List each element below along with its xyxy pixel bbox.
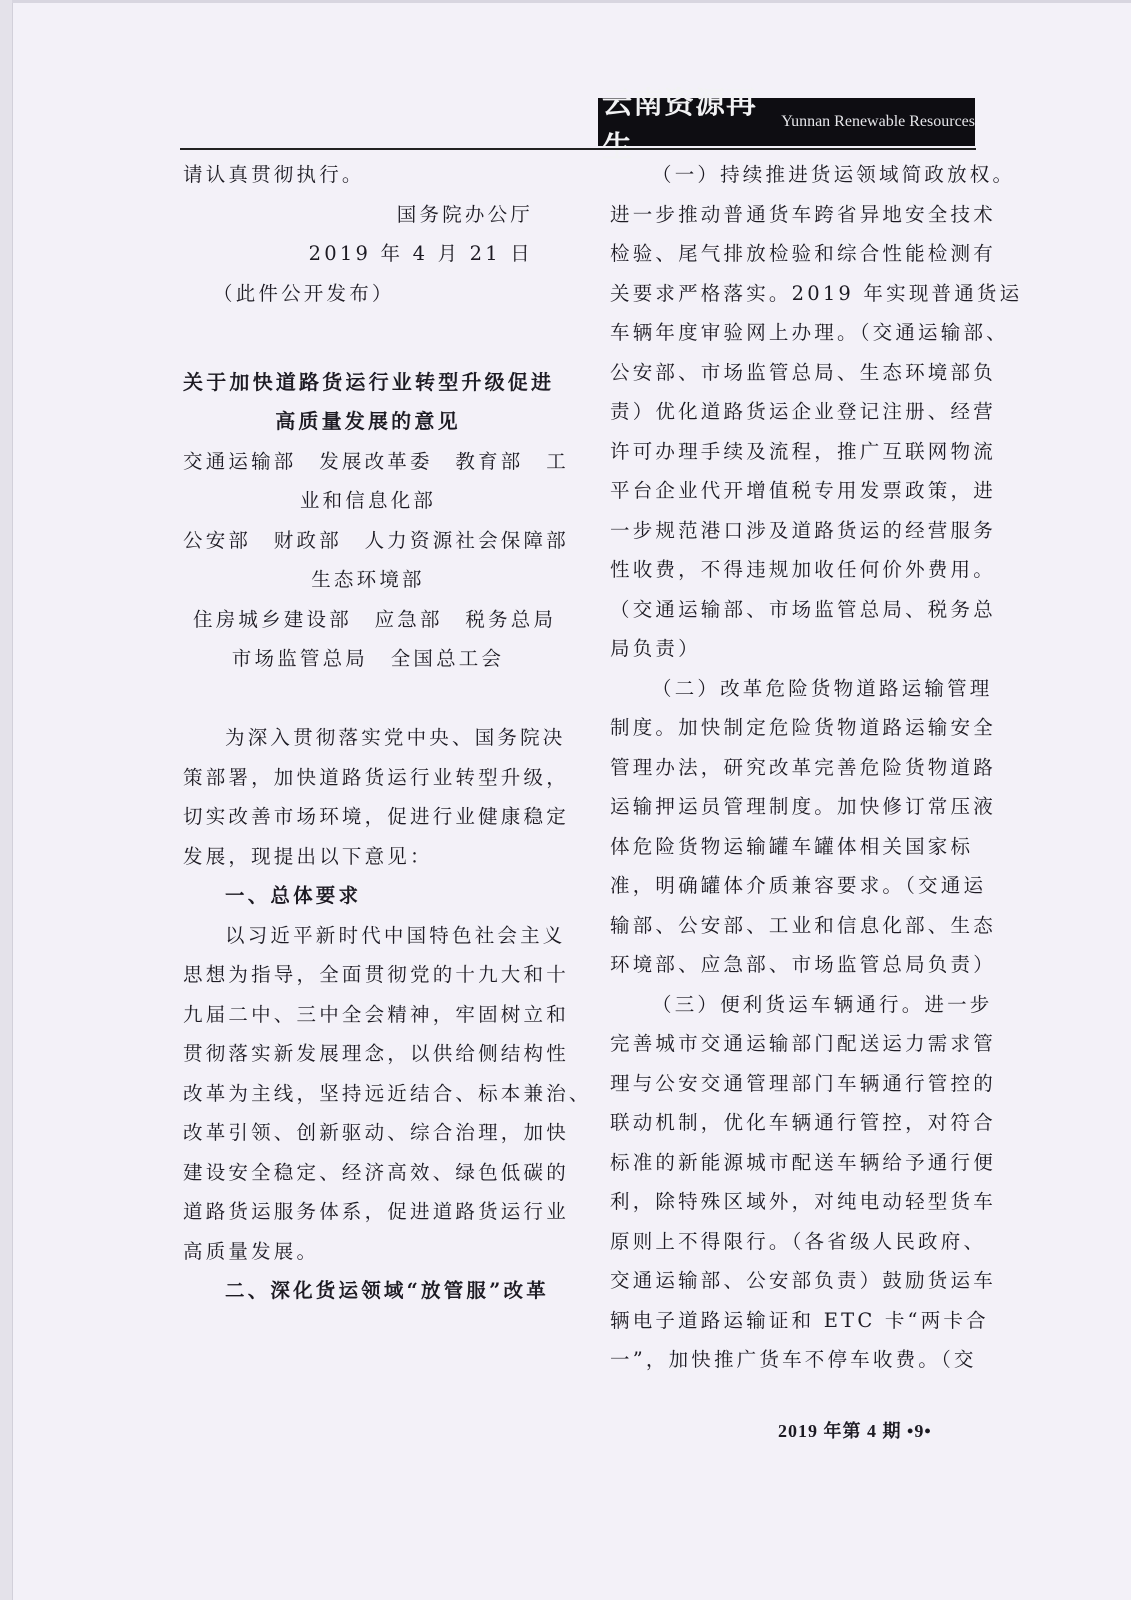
body-line: 以习近平新时代中国特色社会主义 [183,916,553,956]
body-line: 辆电子道路运输证和 ETC 卡“两卡合 [610,1301,978,1341]
body-line: （二）改革危险货物道路运输管理 [610,669,978,709]
body-line: 进一步推动普通货车跨省异地安全技术 [610,195,978,235]
page-number: 9 [914,1421,924,1441]
body-line: 改革为主线，坚持远近结合、标本兼治、 [183,1074,553,1114]
body-line: 体危险货物运输罐车罐体相关国家标 [610,827,978,867]
intro-line: 策部署，加快道路货运行业转型升级， [183,758,553,798]
body-line: 制度。加快制定危险货物道路运输安全 [610,708,978,748]
journal-title-cn: 云南资源再生 [598,78,775,166]
body-line: （交通运输部、市场监管总局、税务总 [610,590,978,630]
body-line: （三）便利货运车辆通行。进一步 [610,985,978,1025]
body-line: 建设安全稳定、经济高效、绿色低碳的 [183,1153,553,1193]
header-rule [180,148,976,150]
left-column: 请认真贯彻执行。 国务院办公厅 2019 年 4 月 21 日 （此件公开发布）… [183,155,553,1311]
body-line: 运输押运员管理制度。加快修订常压液 [610,787,978,827]
departments-line: 公安部 财政部 人力资源社会保障部 [183,521,553,561]
body-line: 许可办理手续及流程，推广互联网物流 [610,432,978,472]
doc-title-line1: 关于加快道路货运行业转型升级促进 [183,353,553,403]
body-line: 完善城市交通运输部门配送运力需求管 [610,1024,978,1064]
body-line: 公安部、市场监管总局、生态环境部负 [610,353,978,393]
body-line: 交通运输部、公安部负责）鼓励货运车 [610,1261,978,1301]
body-line: 利，除特殊区域外，对纯电动轻型货车 [610,1182,978,1222]
intro-line: 为深入贯彻落实党中央、国务院决 [183,718,553,758]
body-line: 理与公安交通管理部门车辆通行管控的 [610,1064,978,1104]
section2-heading: 二、深化货运领域“放管服”改革 [183,1271,553,1311]
journal-title-en: Yunnan Renewable Resources [781,113,975,131]
intro-line: 发展，现提出以下意见： [183,837,553,877]
issue-date: 2019 年 4 月 21 日 [183,234,553,274]
bullet-separator: • [924,1421,931,1441]
body-line: 检验、尾气排放检验和综合性能检测有 [610,234,978,274]
journal-header-banner: 云南资源再生 Yunnan Renewable Resources [598,98,975,146]
body-line: 改革引领、创新驱动、综合治理，加快 [183,1113,553,1153]
body-line: 平台企业代开增值税专用发票政策，进 [610,471,978,511]
body-line: 一步规范港口涉及道路货运的经营服务 [610,511,978,551]
body-line: （一）持续推进货运领域简政放权。 [610,155,978,195]
right-column: （一）持续推进货运领域简政放权。 进一步推动普通货车跨省异地安全技术 检验、尾气… [610,155,978,1380]
issue-label: 2019 年第 4 期 [778,1421,902,1441]
intro-line: 切实改善市场环境，促进行业健康稳定 [183,797,553,837]
body-line: 性收费，不得违规加收任何价外费用。 [610,550,978,590]
departments-line: 住房城乡建设部 应急部 税务总局 [183,600,553,640]
body-line: 关要求严格落实。2019 年实现普通货运 [610,274,978,314]
section1-heading: 一、总体要求 [183,876,553,916]
page-left-edge [0,0,13,1600]
departments-line: 市场监管总局 全国总工会 [183,639,553,679]
departments-line: 业和信息化部 [183,481,553,521]
page-footer: 2019 年第 4 期 •9• [778,1417,932,1443]
body-line: 联动机制，优化车辆通行管控，对符合 [610,1103,978,1143]
body-line: 局负责） [610,629,978,669]
body-line: 原则上不得限行。（各省级人民政府、 [610,1222,978,1262]
body-line: 高质量发展。 [183,1232,553,1272]
departments-line: 交通运输部 发展改革委 教育部 工 [183,442,553,482]
body-line: 车辆年度审验网上办理。（交通运输部、 [610,313,978,353]
departments-line: 生态环境部 [183,560,553,600]
body-line: 标准的新能源城市配送车辆给予通行便 [610,1143,978,1183]
publish-note: （此件公开发布） [183,274,553,314]
body-line: 输部、公安部、工业和信息化部、生态 [610,906,978,946]
body-line: 一”，加快推广货车不停车收费。（交 [610,1340,978,1380]
issuer: 国务院办公厅 [183,195,553,235]
page-top-edge [12,0,1131,3]
body-line: 管理办法，研究改革完善危险货物道路 [610,748,978,788]
doc-title-line2: 高质量发展的意见 [183,402,553,442]
body-line: 责）优化道路货运企业登记注册、经营 [610,392,978,432]
closing-line: 请认真贯彻执行。 [183,155,553,195]
body-line: 准，明确罐体介质兼容要求。（交通运 [610,866,978,906]
body-line: 环境部、应急部、市场监管总局负责） [610,945,978,985]
body-line: 贯彻落实新发展理念，以供给侧结构性 [183,1034,553,1074]
body-line: 九届二中、三中全会精神，牢固树立和 [183,995,553,1035]
body-line: 道路货运服务体系，促进道路货运行业 [183,1192,553,1232]
body-line: 思想为指导，全面贯彻党的十九大和十 [183,955,553,995]
